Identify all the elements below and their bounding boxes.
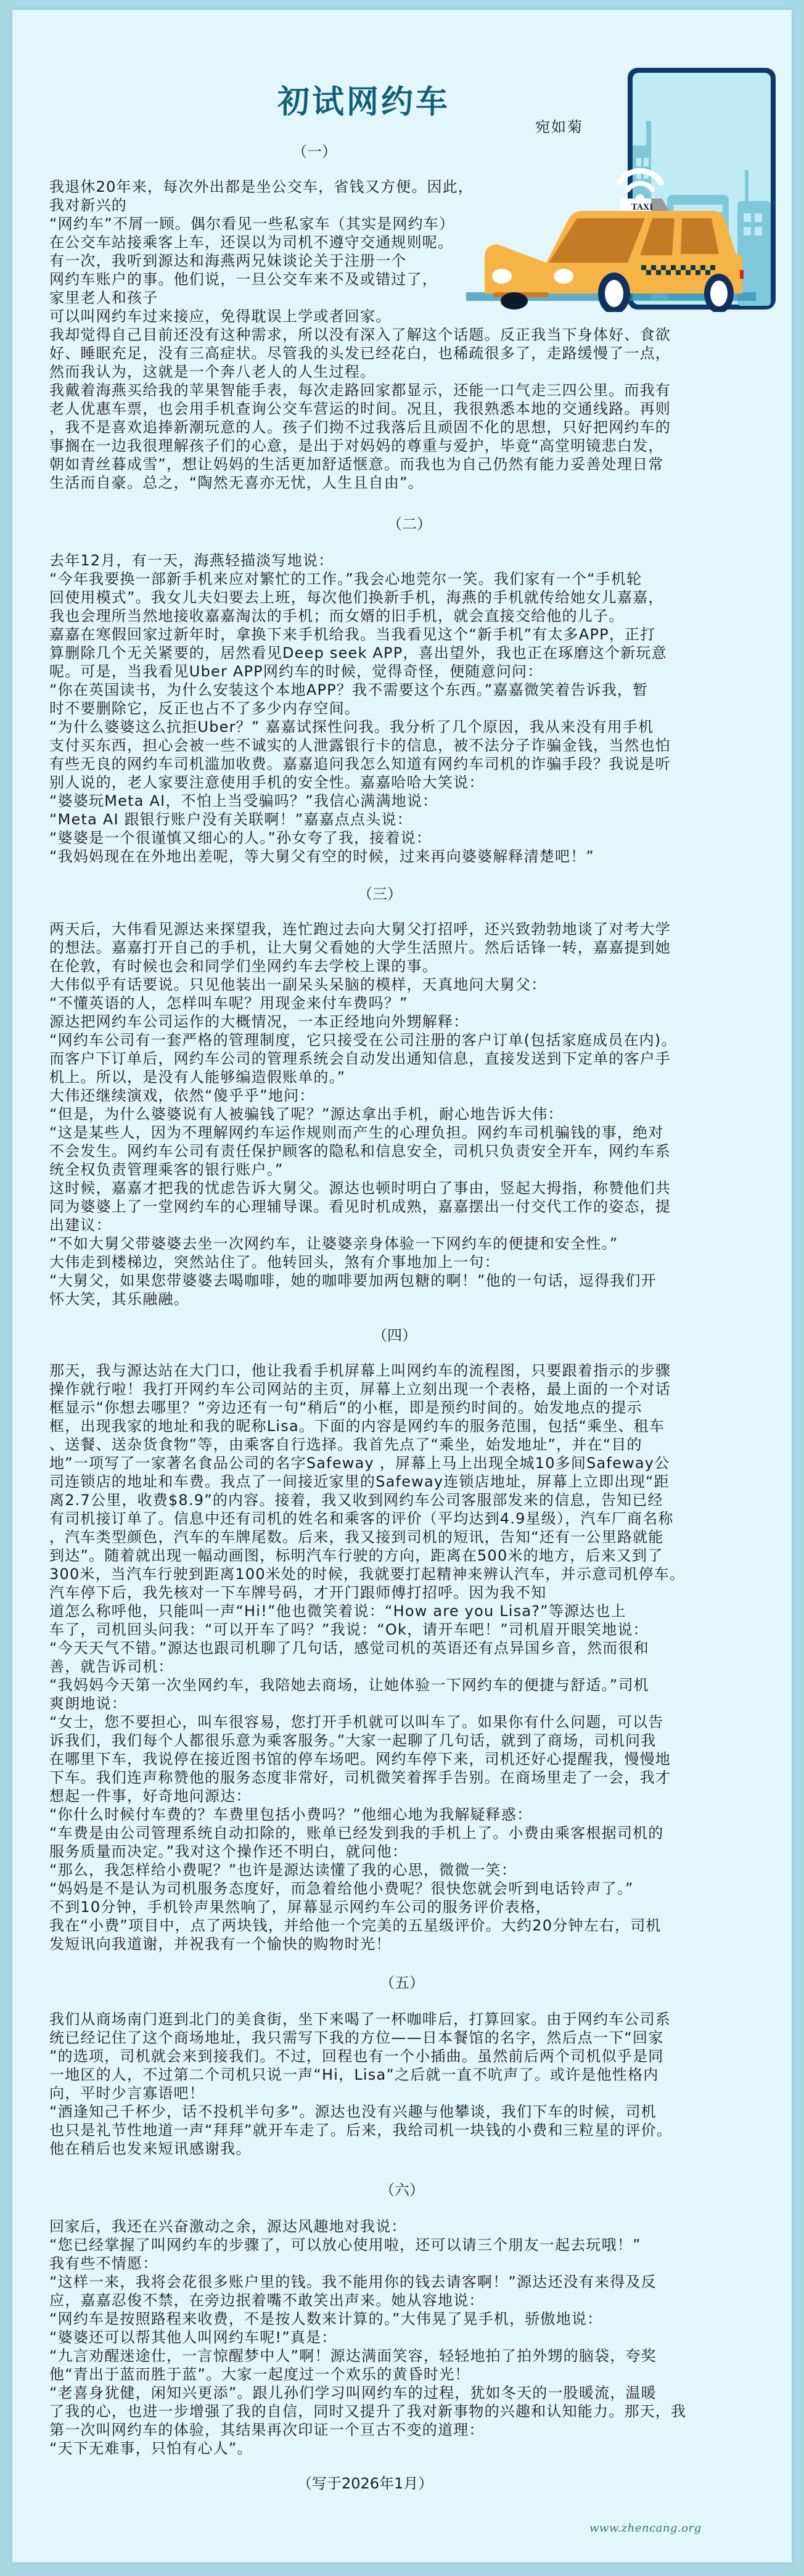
paragraph-line: 第一次叫网约车的体验，其结果再次印证一个亘古不变的道理：: [49, 2421, 765, 2439]
paragraph-line: “女士，您不要担心，叫车很容易，您打开手机就可以叫车了。如果你有什么问题，可以告: [49, 1713, 765, 1731]
paragraph-line: “网约车公司有一套严格的管理制度，它只接受在公司注册的客户订单(包括家庭成员在内…: [49, 1031, 765, 1049]
paragraph-line: 统已经记住了这个商场地址，我只需写下我的方位——日本餐馆的名字，然后点一下“回家: [49, 2028, 765, 2047]
paragraph-line: 我们从商场南门逛到北门的美食街，坐下来喝了一杯咖啡后，打算回家。由于网约车公司系: [49, 2010, 765, 2028]
paragraph-line: 好、睡眠充足，没有三高症状。尽管我的头发已经花白，也稀疏很多了，走路缓慢了一点，: [49, 344, 765, 363]
paragraph-line: “Meta AI 跟银行账户没有关联啊！”嘉嘉点点头说：: [49, 810, 765, 829]
paragraph-line: 发短讯向我道谢，并祝我有一个愉快的购物时光！: [49, 1935, 765, 1953]
paragraph-line: 时不要删除它，反正也占不了多少内存空间。: [49, 699, 765, 718]
paragraph-line: “这样一来，我将会花很多账户里的钱。我不能用你的钱去请客啊！”源达还没有来得及反: [49, 2273, 765, 2291]
paragraph-line: “九言劝醒迷途仕，一言惊醒梦中人”啊！源达满面笑容，轻轻地拍了拍外甥的脑袋，夸奖: [49, 2347, 765, 2365]
paragraph-line: 离2.7公里，收费$8.9”的内容。接着，我又收到网约车公司客服部发来的信息，告…: [49, 1491, 765, 1509]
paragraph-line: 在哪里下车，我说停在接近图书馆的停车场吧。网约车停下来，司机还好心提醒我，慢慢地: [49, 1750, 765, 1768]
section-1-body: 我退休20年来，每次外出都是坐公交车，省钱又方便。因此， 我对新兴的 “网约车”…: [49, 178, 765, 492]
paragraph-line: “你在英国读书，为什么安装这个本地APP？我不需要这个东西。”嘉嘉微笑着告诉我，…: [49, 681, 765, 699]
paragraph-line: 了我的心，也进一步增强了我的自信，同时又提升了我对新事物的兴趣和认知能力。那天，…: [49, 2402, 765, 2421]
paragraph-line: 两天后，大伟看见源达来探望我，连忙跑过去向大舅父打招呼，还兴致勃勃地谈了对考大学: [49, 920, 765, 938]
paragraph-line: 我戴着海燕买给我的苹果智能手表，每次走路回家都显示，还能一口气走三四公里。而我有: [49, 381, 765, 400]
paragraph-line: 然而我认为，这就是一个奔八老人的人生过程。: [49, 363, 765, 381]
paragraph-line: 操作就行啦！我打开网约车公司网站的主页，屏幕上立刻出现一个表格，最上面的一个对话: [49, 1380, 765, 1398]
paragraph-line: “今天天气不错。”源达也跟司机聊了几句话，感觉司机的英语还有点异国乡音，然而很和: [49, 1639, 765, 1657]
paragraph-line: 事搁在一边我很理解孩子们的心意，是出于对妈妈的尊重与爱护，毕竟“高堂明镜悲白发，: [49, 437, 765, 455]
paragraph-line: 回家后，我还在兴奋激动之余，源达风趣地对我说：: [49, 2217, 765, 2236]
paragraph-line: 大伟似乎有话要说。只见他装出一副呆头呆脑的模样，天真地问大舅父：: [49, 975, 765, 994]
paragraph-line: “老喜身犹健，闲知兴更添”。跟儿孙们学习叫网约车的过程，犹如冬天的一股暖流，温暖: [49, 2384, 765, 2402]
site-watermark: www.zhencang.org: [589, 2522, 702, 2535]
paragraph-line: “天下无难事，只怕有心人”。: [49, 2439, 765, 2458]
paragraph-line: 他“青出于蓝而胜于蓝”。大家一起度过一个欢乐的黄昏时光！: [49, 2365, 765, 2384]
section-heading-3: （三）: [358, 882, 402, 903]
paragraph-line: 有些无良的网约车司机滥加收费。嘉嘉追问我怎么知道有网约车司机的诈骗手段？我说是听: [49, 755, 765, 773]
paragraph-line: 源达把网约车公司运作的大概情况，一本正经地向外甥解释：: [49, 1012, 765, 1031]
paragraph-line: ，汽车类型颜色，汽车的车牌尾数。后来，我又接到司机的短讯，告知“还有一公里路就能: [49, 1528, 765, 1546]
paragraph-line: “你什么时候付车费的？车费里包括小费吗？”他细心地为我解疑释惑：: [49, 1805, 765, 1824]
paragraph-line: 下车。我们连声称赞他的服务态度非常好，司机微笑着挥手告别。在商场里走了一会，我才: [49, 1768, 765, 1787]
paragraph-line: 去年12月，有一天，海燕轻描淡写地说：: [49, 551, 765, 570]
paragraph-line: 我有些不情愿：: [49, 2254, 765, 2273]
paragraph-line: 大伟还继续演戏，依然“傻乎乎”地问：: [49, 1086, 765, 1105]
paragraph-line: “不懂英语的人，怎样叫车呢？用现金来付车费吗？”: [49, 994, 765, 1012]
paragraph-line: 呢。可是，当我看见Uber APP网约车的时候，觉得奇怪，便随意问问：: [49, 662, 765, 681]
paragraph-line: 这时候，嘉嘉才把我的忧虑告诉大舅父。源达也顿时明白了事由，竖起大拇指，称赞他们共: [49, 1179, 765, 1197]
paragraph-line: 朝如青丝暮成雪”，想让妈妈的生活更加舒适惬意。而我也为自己仍然有能力妥善处理日常: [49, 455, 765, 474]
paragraph-line: 机上。所以，是没有人能够编造假账单的。”: [49, 1068, 765, 1086]
paragraph-line: 服务质量而决定。”我对这个操作还不明白，就问他：: [49, 1842, 765, 1861]
paragraph-line: 别人说的，老人家要注意使用手机的安全性。嘉嘉哈哈大笑说：: [49, 773, 765, 792]
paragraph-line: ”的选项，司机就会来到接我们。不过，回程也有一个小插曲。虽然前后两个司机似乎是同: [49, 2047, 765, 2065]
paragraph-line: 出建议：: [49, 1216, 765, 1234]
paragraph-line: 算删除几个无关紧要的，居然看见Deep seek APP，喜出望外，我也正在琢磨…: [49, 644, 765, 662]
paragraph-line: 可以叫网约车过来接应，免得耽误上学或者回家。: [49, 307, 765, 326]
paragraph-line: 我却觉得自己目前还没有这种需求，所以没有深入了解这个话题。反正我当下身体好、食欲: [49, 326, 765, 344]
section-heading-2: （二）: [387, 512, 432, 533]
paragraph-line: 汽车停下后，我先核对一下车牌号码，才开门跟师傅打招呼。因为我不知: [49, 1583, 765, 1602]
paragraph-line: 我对新兴的: [49, 196, 765, 215]
paragraph-line: 想起一件事，好奇地问源达：: [49, 1787, 765, 1805]
section-heading-5: （五）: [380, 1971, 424, 1992]
paragraph-line: 、送餐、送杂货食物”等，由乘客自行选择。我首先点了“乘坐，始发地址”，并在“目的: [49, 1435, 765, 1454]
paragraph-line: 生活而自豪。总之，“陶然无喜亦无忧，人生且自由”。: [49, 474, 765, 492]
paragraph-line: “酒逢知己千杯少，话不投机半句多”。源达也没有兴趣与他攀谈，我们下车的时候，司机: [49, 2102, 765, 2121]
paragraph-line: 有一次，我听到源达和海燕两兄妹谈论关于注册一个: [49, 252, 765, 270]
paragraph-line: 不会发生。网约车公司有责任保护顾客的隐私和信息安全，司机只负责安全开车，网约车系: [49, 1142, 765, 1160]
paragraph-line: 在伦敦，有时候也会和同学们坐网约车去学校上课的事。: [49, 957, 765, 975]
paragraph-line: 不到10分钟，手机铃声果然响了，屏幕显示网约车公司的服务评价表格，: [49, 1898, 765, 1916]
section-heading-6: （六）: [380, 2178, 424, 2199]
paragraph-line: 的想法。嘉嘉打开自己的手机，让大舅父看她的大学生活照片。然后话锋一转，嘉嘉提到她: [49, 938, 765, 957]
paragraph-line: 地”一项写了一家著名食品公司的名字Safeway ，屏幕上马上出现全城10多间S…: [49, 1454, 765, 1472]
paragraph-line: “您已经掌握了叫网约车的步骤了，可以放心使用啦，还可以请三个朋友一起去玩哦！”: [49, 2236, 765, 2254]
paragraph-line: 一地区的人，不过第二个司机只说一声“Hi，Lisa”之后就一直不吭声了。或许是他…: [49, 2065, 765, 2084]
paragraph-line: “这是某些人，因为不理解网约车运作规则而产生的心理负担。网约车司机骗钱的事，绝对: [49, 1123, 765, 1142]
paragraph-line: 向，平时少言寡语吧！: [49, 2084, 765, 2102]
paragraph-line: 道怎么称呼他，只能叫一声“Hi!”他也微笑着说：“How are you Lis…: [49, 1602, 765, 1620]
paragraph-line: 300米，当汽车行驶到距离100米处的时候，我就要打起精神来辨认汽车，并示意司机…: [49, 1565, 765, 1583]
paragraph-line: “那么，我怎样给小费呢？”也许是源达读懂了我的心思，微微一笑：: [49, 1861, 765, 1879]
paragraph-line: “不如大舅父带婆婆去坐一次网约车，让婆婆亲身体验一下网约车的便捷和安全性。”: [49, 1234, 765, 1253]
paragraph-line: 善，就告诉司机：: [49, 1657, 765, 1676]
paragraph-line: 怀大笑，其乐融融。: [49, 1290, 765, 1308]
paragraph-line: “妈妈是不是认为司机服务态度好，而急着给他小费呢？很快您就会听到电话铃声了。”: [49, 1879, 765, 1898]
paragraph-line: 大伟走到楼梯边，突然站住了。他转回头，煞有介事地加上一句：: [49, 1253, 765, 1271]
paragraph-line: 在公交车站接乘客上车，还误以为司机不遵守交通规则呢。: [49, 233, 765, 252]
paragraph-line: 家里老人和孩子: [49, 289, 765, 307]
closing-date: （写于2026年1月）: [297, 2471, 433, 2493]
section-6-body: 回家后，我还在兴奋激动之余，源达风趣地对我说： “您已经掌握了叫网约车的步骤了，…: [49, 2217, 765, 2458]
author-name: 宛如菊: [535, 115, 583, 136]
paragraph-line: 我退休20年来，每次外出都是坐公交车，省钱又方便。因此，: [49, 178, 765, 196]
paragraph-line: 司连锁店的地址和车费。我点了一间接近家里的Safeway连锁店地址，屏幕上立即出…: [49, 1472, 765, 1491]
paragraph-line: 车了，司机回头问我：“可以开车了吗？”我说：“Ok，请开车吧！”司机眉开眼笑地说…: [49, 1620, 765, 1639]
paragraph-line: “婆婆还可以帮其他人叫网约车呢!”真是：: [49, 2328, 765, 2347]
paragraph-line: “车费是由公司管理系统自动扣除的，账单已经发到我的手机上了。小费由乘客根据司机的: [49, 1824, 765, 1842]
paragraph-line: 我也会理所当然地接收嘉嘉淘汰的手机；而女婿的旧手机，就会直接交给他的儿子。: [49, 607, 765, 625]
paragraph-line: 统全权负责管理乘客的银行账户。”: [49, 1160, 765, 1179]
paragraph-line: 也只是礼节性地道一声“拜拜”就开车走了。后来，我给司机一块钱的小费和三粒星的评价…: [49, 2121, 765, 2139]
paragraph-line: “婆婆是一个很谨慎又细心的人。”孙女夸了我，接着说：: [49, 829, 765, 847]
paragraph-line: 框显示“你想去哪里？”旁边还有一句“稍后”的小框，即是预约时间的。始发地点的提示: [49, 1398, 765, 1417]
paragraph-line: “我妈妈现在在外地出差呢，等大舅父有空的时候，过来再向婆婆解释清楚吧！”: [49, 847, 765, 866]
article-title: 初试网约车: [0, 76, 450, 122]
paragraph-line: “我妈妈今天第一次坐网约车，我陪她去商场，让她体验一下网约车的便捷与舒适。”司机: [49, 1676, 765, 1694]
section-2-body: 去年12月，有一天，海燕轻描淡写地说： “今年我要换一部新手机来应对繁忙的工作。…: [49, 551, 765, 866]
paragraph-line: 框，出现我家的地址和我的昵称Lisa。下面的内容是网约车的服务范围，包括“乘坐、…: [49, 1417, 765, 1435]
paragraph-line: 应，嘉嘉忍俊不禁，在旁边抿着嘴不敢笑出声来。她从容地说：: [49, 2291, 765, 2310]
paragraph-line: “网约车”不屑一顾。偶尔看见一些私家车（其实是网约车）: [49, 215, 765, 233]
paragraph-line: “今年我要换一部新手机来应对繁忙的工作。”我会心地莞尔一笑。我们家有一个“手机轮: [49, 570, 765, 588]
paragraph-line: 嘉嘉在寒假回家过新年时，拿换下来手机给我。当我看见这个“新手机”有太多APP，正…: [49, 625, 765, 644]
paragraph-line: 我在“小费”项目中，点了两块钱，并给他一个完美的五星级评价。大约20分钟左右，司…: [49, 1916, 765, 1935]
paragraph-line: “网约车是按照路程来收费，不是按人数来计算的。”大伟晃了晃手机，骄傲地说：: [49, 2310, 765, 2328]
paragraph-line: 爽朗地说：: [49, 1694, 765, 1713]
section-heading-4: （四）: [372, 1323, 417, 1345]
paragraph-line: “为什么婆婆这么抗拒Uber？” 嘉嘉试探性问我。我分析了几个原因，我从来没有用…: [49, 718, 765, 736]
paragraph-line: “婆婆玩Meta AI，不怕上当受骗吗？”我信心满满地说：: [49, 792, 765, 810]
paragraph-line: 回使用模式”。我女儿夫妇要去上班，每次他们换新手机，海燕的手机就传给她女儿嘉嘉，: [49, 588, 765, 607]
paragraph-line: 他在稍后也发来短讯感谢我。: [49, 2139, 765, 2158]
paragraph-line: 老人优惠车票，也会用手机查询公交车营运的时间。况且，我很熟悉本地的交通线路。再则: [49, 400, 765, 418]
section-3-body: 两天后，大伟看见源达来探望我，连忙跑过去向大舅父打招呼，还兴致勃勃地谈了对考大学…: [49, 920, 765, 1308]
paragraph-line: “大舅父，如果您带婆婆去喝咖啡，她的咖啡要加两包糖的啊！”他的一句话，逗得我们开: [49, 1271, 765, 1290]
section-5-body: 我们从商场南门逛到北门的美食街，坐下来喝了一杯咖啡后，打算回家。由于网约车公司系…: [49, 2010, 765, 2158]
paragraph-line: 而客户下订单后，网约车公司的管理系统会自动发出通知信息，直接发送到下定单的客户手: [49, 1049, 765, 1068]
paragraph-line: 那天，我与源达站在大门口，他让我看手机屏幕上叫网约车的流程图，只要跟着指示的步骤: [49, 1361, 765, 1380]
paragraph-line: 支付买东西，担心会被一些不诚实的人泄露银行卡的信息，被不法分子诈骗金钱，当然也怕: [49, 736, 765, 755]
paragraph-line: 到达”。随着就出现一幅动画图，标明汽车行驶的方向，距离在500米的地方，后来又到…: [49, 1546, 765, 1565]
section-heading-1: （一）: [292, 139, 337, 161]
paragraph-line: ，我不是喜欢追捧新潮玩意的人。孩子们拗不过我落后且顽固不化的思想，只好把网约车的: [49, 418, 765, 437]
section-4-body: 那天，我与源达站在大门口，他让我看手机屏幕上叫网约车的流程图，只要跟着指示的步骤…: [49, 1361, 765, 1953]
paragraph-line: 诉我们，我们每个人都很乐意为乘客服务。”大家一起聊了几句话，就到了商场，司机问我: [49, 1731, 765, 1750]
paragraph-line: 网约车账户的事。他们说，一旦公交车来不及或错过了，: [49, 270, 765, 289]
paragraph-line: 有司机接订单了。信息中还有司机的姓名和乘客的评价（平均达到4.9星级），汽车厂商…: [49, 1509, 765, 1528]
paragraph-line: “但是，为什么婆婆说有人被骗钱了呢？”源达拿出手机，耐心地告诉大伟：: [49, 1105, 765, 1123]
paragraph-line: 同为婆婆上了一堂网约车的心理辅导课。看见时机成熟，嘉嘉摆出一付交代工作的姿态，提: [49, 1197, 765, 1216]
